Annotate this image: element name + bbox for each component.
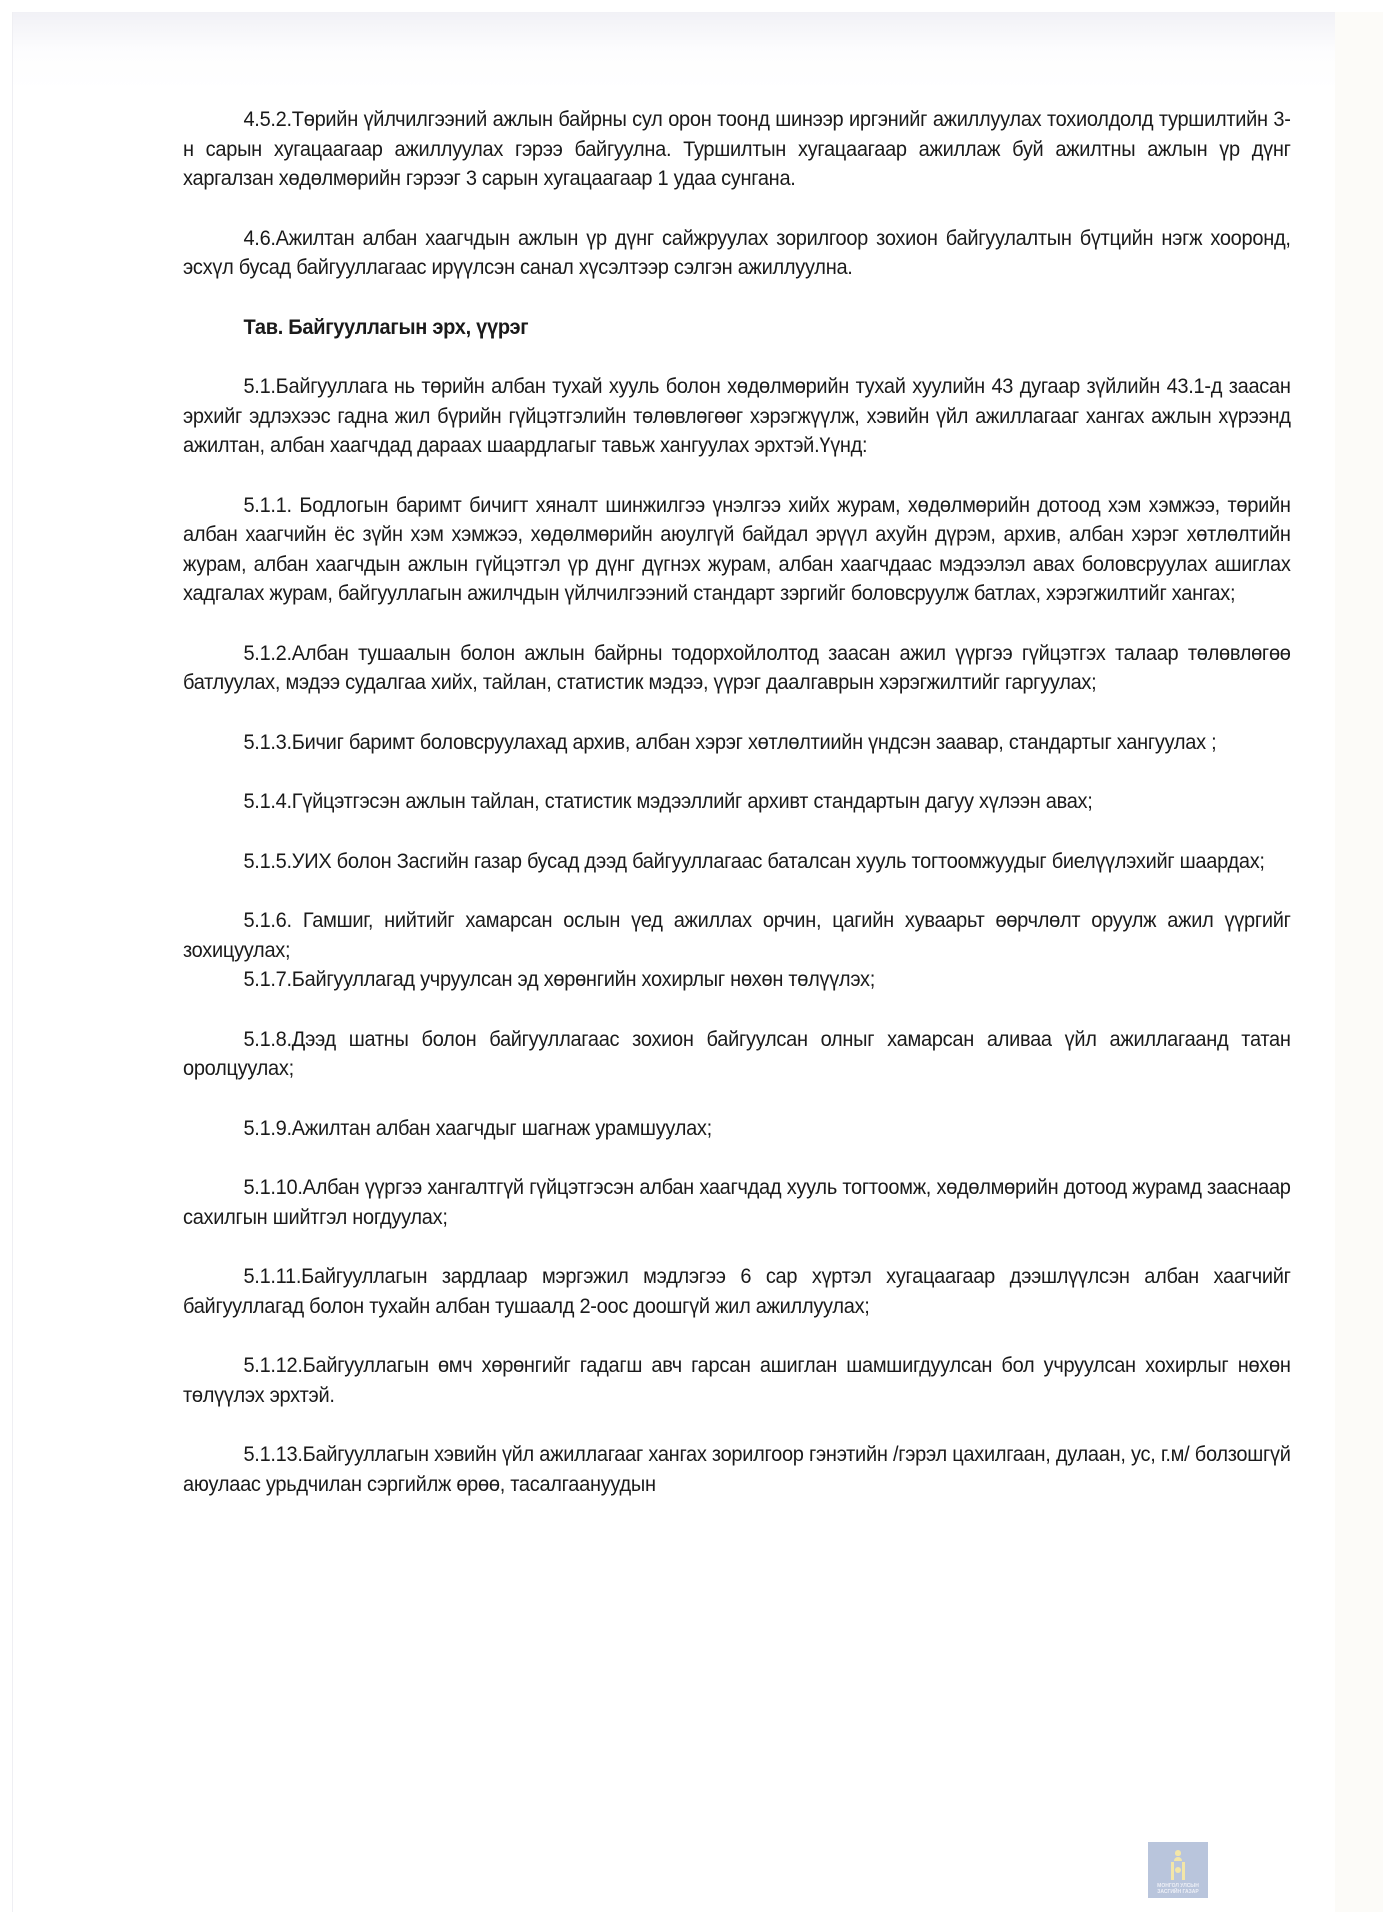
paragraph-5-1-5: 5.1.5.УИХ болон Засгийн газар бусад дээд… xyxy=(183,847,1291,877)
paragraph-5-1-9: 5.1.9.Ажилтан албан хаагчдыг шагнаж урам… xyxy=(183,1114,1291,1144)
paragraph-5-1-12: 5.1.12.Байгууллагын өмч хөрөнгийг гадагш… xyxy=(183,1351,1291,1410)
paragraph-5-1-4: 5.1.4.Гүйцэтгэсэн ажлын тайлан, статисти… xyxy=(183,787,1291,817)
section-heading-5: Тав. Байгууллагын эрх, үүрэг xyxy=(183,313,1291,343)
document-page: 4.5.2.Төрийн үйлчилгээний ажлын байрны с… xyxy=(183,105,1213,1529)
paragraph-5-1-13: 5.1.13.Байгууллагын хэвийн үйл ажиллагаа… xyxy=(183,1440,1291,1499)
government-logo: МОНГОЛ УЛСЫН ЗАСГИЙН ГАЗАР xyxy=(1148,1842,1208,1898)
paragraph-4-5-2: 4.5.2.Төрийн үйлчилгээний ажлын байрны с… xyxy=(183,105,1291,194)
scanned-page-edge xyxy=(1335,12,1383,1912)
paragraph-5-1-7: 5.1.7.Байгууллагад учруулсан эд хөрөнгий… xyxy=(183,965,1291,995)
paragraph-5-1-2: 5.1.2.Албан тушаалын болон ажлын байрны … xyxy=(183,639,1291,698)
paragraph-5-1-10: 5.1.10.Албан үүргээ хангалтгүй гүйцэтгэс… xyxy=(183,1173,1291,1232)
document-body: 4.5.2.Төрийн үйлчилгээний ажлын байрны с… xyxy=(183,105,1291,1499)
paragraph-5-1-8: 5.1.8.Дээд шатны болон байгууллагаас зох… xyxy=(183,1025,1291,1084)
logo-text-line2: ЗАСГИЙН ГАЗАР xyxy=(1157,1889,1198,1895)
paragraph-5-1: 5.1.Байгууллага нь төрийн албан тухай ху… xyxy=(183,372,1291,461)
paragraph-5-1-11: 5.1.11.Байгууллагын зардлаар мэргэжил мэ… xyxy=(183,1262,1291,1321)
paragraph-5-1-3: 5.1.3.Бичиг баримт боловсруулахад архив,… xyxy=(183,728,1291,758)
paragraph-5-1-6: 5.1.6. Гамшиг, нийтийг хамарсан ослын үе… xyxy=(183,906,1291,965)
paragraph-5-1-1: 5.1.1. Бодлогын баримт бичигт хяналт шин… xyxy=(183,491,1291,609)
soyombo-emblem-icon xyxy=(1171,1850,1185,1880)
paragraph-4-6: 4.6.Ажилтан албан хаагчдын ажлын үр дүнг… xyxy=(183,224,1291,283)
